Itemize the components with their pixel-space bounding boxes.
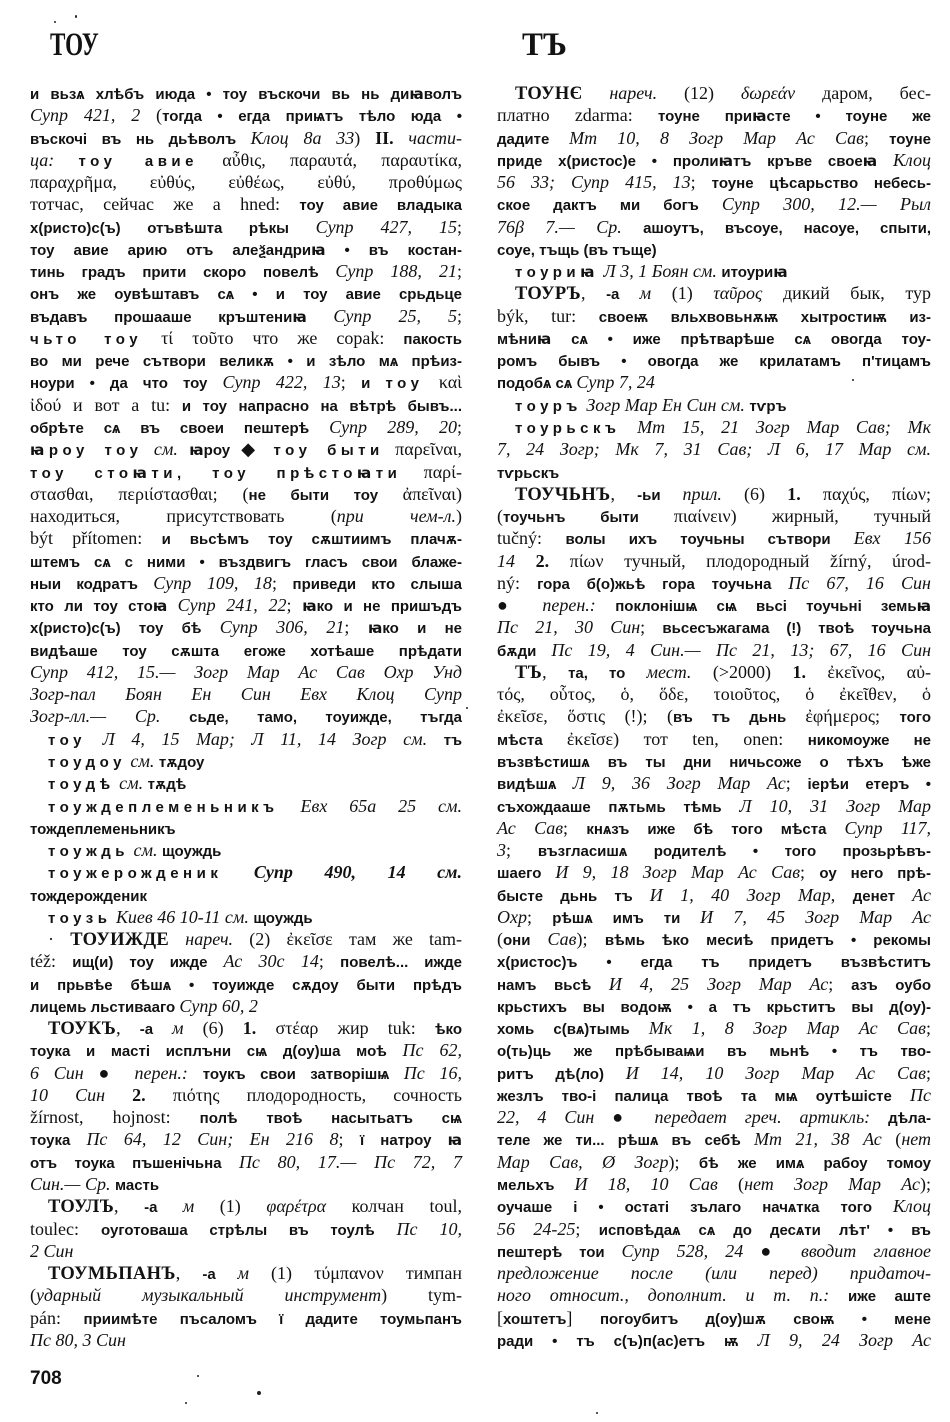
headword: ТОУЧЬНЪ	[515, 485, 610, 505]
dictionary-line: жезлъ тво-і палица твоѣ та мѩ оутѣшісте …	[497, 1084, 931, 1106]
slavonic-text: тъ	[444, 732, 462, 749]
slavonic-text: обрѣте сѧ въ своеи пештерѣ	[30, 420, 329, 437]
slavonic-text: масть	[115, 1177, 159, 1194]
dictionary-line: отъ тоука пъшенічьна Пс 80, 17.— Пс 72, …	[30, 1151, 462, 1173]
gloss-text: ;	[457, 417, 462, 437]
dictionary-line: мѣниꙗ сѧ • иже прѣтварѣше сѧ овогда тоу-	[497, 327, 931, 349]
spaced-slavonic-form: тоузь	[48, 910, 111, 927]
slavonic-text: подобѧ сѧ	[497, 375, 576, 392]
slavonic-text: ꙗко и не пришъдъ	[302, 598, 462, 615]
greek-equivalent: παρί-	[401, 462, 462, 482]
spaced-slavonic-form: тоуждеплеменьникъ	[48, 799, 279, 816]
greek-equivalent: ἐφήμερος	[805, 706, 875, 726]
slavonic-text: съхождааше пѫтьмь тѣмь	[497, 799, 739, 816]
gloss-text: ;	[575, 1219, 598, 1239]
dictionary-line: въскочі въ нь дьѣволъ Клоц 8а 33) II. ча…	[30, 127, 462, 149]
dictionary-line: ТОУЛЪ, -а м (1) φαρέτρα колчан toul,	[30, 1195, 462, 1217]
spaced-slavonic-form: тоурьскъ	[515, 420, 620, 437]
gloss-text: плодородность, сочность	[247, 1085, 462, 1105]
gloss-text: ;	[875, 706, 899, 726]
slavonic-text: волы ихъ тоучьны сътвори	[565, 531, 853, 548]
gloss-text: ●	[760, 1241, 801, 1261]
dictionary-line: τός, οὗτος, ὁ, ὅδε, τοιοῦτος, ὁ ἐκεῖθεν,…	[497, 683, 931, 705]
source-reference: Супр 7, 24	[576, 372, 655, 392]
slavonic-text: и вьзѧ хлѣбъ июда • тоу въскочи вь нь ди…	[30, 86, 462, 103]
gloss-text: ;	[272, 573, 293, 593]
slavonic-text: ныи кодратъ	[30, 576, 153, 593]
source-reference: части-	[408, 128, 462, 148]
source-reference: Пс 80, 3 Син	[30, 1330, 126, 1350]
dictionary-line: toulec: оуготоваша стрѣлы въ тоулѣ Пс 10…	[30, 1218, 462, 1240]
slavonic-text: пакость	[403, 331, 462, 348]
dictionary-line: тоудѣ см. тѫдѣ	[30, 772, 462, 794]
source-reference: Пс 67, 16 Син	[788, 573, 931, 593]
source-reference: Евх 156	[854, 528, 931, 548]
gloss-text	[394, 128, 409, 148]
source-reference: м	[237, 1263, 249, 1283]
slavonic-text: хомь с(вѧ)тымь	[497, 1021, 649, 1038]
slavonic-text: хоштетъ	[503, 1311, 566, 1328]
source-reference: Ас	[912, 885, 931, 905]
sense-number: 1.	[792, 662, 806, 682]
source-reference: 2 Син	[30, 1241, 73, 1261]
dictionary-line: ритъ дѣ(ло) И 14, 10 Зогр Мар Ас Сав;	[497, 1062, 931, 1084]
dictionary-line: παραχρῆμα, εὐθύς, εὐθέως, εὐθύ, προθύμως	[30, 171, 462, 193]
source-reference: Клоц	[893, 1196, 931, 1216]
slavonic-text: лицемь льстивааго	[30, 999, 179, 1016]
slavonic-text: шаего	[497, 865, 555, 882]
spaced-slavonic-form: тоу	[385, 375, 423, 392]
source-reference: Л 3, 1 Боян см.	[599, 261, 721, 281]
source-reference: Супр 25, 5	[333, 306, 457, 326]
gloss-text: (1)	[651, 283, 713, 303]
source-reference: Супр 427, 15	[316, 217, 457, 237]
dictionary-line: · ТОУИЖДЕ нареч. (2) ἐκεῖσε там же tam-	[30, 928, 462, 950]
dictionary-line: 56 33; Супр 415, 13; тоуне цѣсарьство не…	[497, 171, 931, 193]
dictionary-line: тѵрьскъ	[497, 461, 931, 483]
scan-speck	[75, 15, 77, 18]
dictionary-line: обрѣте сѧ въ своеи пештерѣ Супр 289, 20;	[30, 416, 462, 438]
gloss-text: дикий бык, тур	[762, 283, 931, 303]
source-reference: Л 9, 36 Зогр Мар Ас	[573, 773, 786, 793]
dictionary-line: 6 Син ● перен.: тоукъ свои затворішѩ Пс …	[30, 1062, 462, 1084]
dictionary-line: хомь с(вѧ)тымь Мк 1, 8 Зогр Мар Ас Сав;	[497, 1017, 931, 1039]
slavonic-text: -а	[606, 286, 640, 303]
source-reference: 3	[497, 840, 506, 860]
gloss-text: ;	[319, 951, 340, 971]
greek-equivalent: πίων	[549, 551, 624, 571]
slavonic-text: тѫдоу	[159, 754, 204, 771]
headword: ТОУНЄ	[515, 84, 582, 104]
slavonic-text: во ми рече сътвори великѫ • и зѣло мѧ пр…	[30, 353, 462, 370]
slavonic-text: и вьсѣмъ тоу сѫштиимъ плачѫ-	[162, 531, 462, 548]
source-reference: 22, 4 Син	[497, 1107, 612, 1127]
slavonic-text: тождеплеменьникъ	[30, 821, 176, 838]
source-reference: Супр 306, 21	[220, 617, 345, 637]
scan-speck	[596, 1412, 598, 1414]
source-reference: И 1, 40 Зогр Мар	[650, 885, 831, 905]
source-reference: м	[640, 283, 652, 303]
slavonic-text: тоучьнъ быти	[503, 509, 674, 526]
gloss-text: pán:	[30, 1308, 84, 1328]
slavonic-text: тоуне	[889, 131, 931, 148]
slavonic-text: жезлъ тво-і палица твоѣ та мѩ оутѣшісте	[497, 1088, 910, 1105]
dictionary-line: Мар Сав, Ø Зогр); бѣ же имѧ рабоу томоу	[497, 1151, 931, 1173]
slavonic-text: штемъ сѧ с ними • въздвигъ гласъ свои бл…	[30, 554, 462, 571]
source-reference: Мк 1, 8 Зогр Мар Ас Сав	[649, 1018, 926, 1038]
spaced-slavonic-form: тоужерожденик	[48, 865, 222, 882]
slavonic-text: бѣ же имѧ рабоу томоу	[699, 1155, 931, 1172]
source-reference: Л 9, 24 Зогр Ас	[758, 1330, 931, 1350]
slavonic-text: оу него прѣ-	[819, 865, 931, 882]
scan-speck	[197, 1375, 199, 1377]
slavonic-text: о(ть)ць же прѣбываѩи въ мьнѣ • тъ тво-	[497, 1043, 931, 1060]
greek-equivalent: ἰδού	[30, 395, 73, 415]
slavonic-text: видѣшѧ	[497, 776, 573, 793]
slavonic-text: видѣаше тоу сѫшта егоже хотѣаше прѣдати	[30, 643, 462, 660]
slavonic-text: тоука	[30, 1132, 86, 1149]
source-reference: Зогр-пал Боян Ен Син Евх Клоц Супр	[30, 684, 462, 704]
source-reference: Мт 21, 38 Ас	[754, 1129, 882, 1149]
slavonic-text: ї натроу ꙗ	[360, 1132, 462, 1149]
slavonic-text: иже аште	[848, 1288, 931, 1305]
dictionary-line: штемъ сѧ с ними • въздвигъ гласъ свои бл…	[30, 550, 462, 572]
slavonic-text: въ тъ дьнь	[673, 709, 805, 726]
gloss-text: ;	[640, 617, 662, 637]
greek-equivalent: παρεῖναι,	[384, 439, 462, 459]
source-reference: при чем-л.	[337, 506, 456, 526]
dictionary-line: ТОУРЪ, -а м (1) ταῦρος дикий бык, тур	[497, 282, 931, 304]
source-reference: м	[183, 1196, 195, 1216]
source-reference: Пс	[910, 1085, 931, 1105]
slavonic-text: тоуне цѣсарьство небесь-	[712, 175, 931, 192]
running-head-left: ТОУ	[50, 29, 99, 62]
dictionary-line: στασθαι, περιίστασθαι; (не быти тоу ἀπεῖ…	[30, 483, 462, 505]
greek-equivalent: στέαρ	[256, 1018, 337, 1038]
slavonic-text: дадите	[497, 131, 569, 148]
source-reference: ударный музыкальный инструмент	[36, 1285, 381, 1305]
source-reference: см.	[126, 751, 159, 771]
slavonic-text: ѣко	[435, 1021, 462, 1038]
dictionary-line: приде х(ристос)е • пролиꙗтъ кръве своеꙗ …	[497, 149, 931, 171]
gloss-text: колчан toul,	[326, 1196, 462, 1216]
gloss-text: ●	[497, 595, 542, 615]
dictionary-line: тоужерожденик Супр 490, 14 см.	[30, 861, 462, 883]
gloss-text: там же tam-	[333, 929, 462, 949]
dictionary-line: ного относит., дополнит. и т. п.: иже аш…	[497, 1284, 931, 1306]
gloss-text: (>2000)	[691, 662, 792, 682]
dictionary-line: ἰδού и вот a tu: и тоу напрасно на вѣтрѣ…	[30, 394, 462, 416]
dictionary-line: Пс 21, 30 Син; вьсесъжагама (!) твоѣ тоу…	[497, 616, 931, 638]
gloss-text: (1)	[194, 1196, 266, 1216]
source-reference: Охр	[497, 907, 527, 927]
source-reference: Пс 19, 4 Син.— Пс 21, 13; 67, 16 Син	[551, 640, 931, 660]
slavonic-text: бѫди	[497, 643, 551, 660]
gloss-text: ;	[926, 1063, 931, 1083]
dictionary-line: 56 24-25; исповѣдаѧ сѧ до десѧти лѣт' • …	[497, 1218, 931, 1240]
gloss-text: ;	[527, 907, 552, 927]
gloss-text: что же copak:	[253, 328, 404, 348]
slavonic-text: они	[503, 932, 548, 949]
slavonic-text: ское дактъ ми богъ	[497, 197, 722, 214]
source-reference: И 18, 10 Сав	[574, 1174, 717, 1194]
source-reference: предложение после (или перед) придаточ-	[497, 1263, 931, 1283]
slavonic-text: та, то	[568, 665, 646, 682]
dictionary-line: намъ вьсѣ И 4, 25 Зогр Мар Ас; азъ оубо	[497, 973, 931, 995]
greek-equivalent: τός, οὗτος, ὁ, ὅδε, τοιοῦτος, ὁ ἐκεῖθεν,…	[497, 684, 931, 704]
greek-equivalent: αὖθις, παραυτά, παραυτίκα,	[198, 150, 462, 170]
gloss-text: ,	[610, 484, 637, 504]
slavonic-text: пештерѣ тои	[497, 1244, 621, 1261]
source-reference: Супр 490, 14 см.	[222, 862, 462, 882]
gloss-text: ,	[581, 283, 606, 303]
dictionary-line: и вьзѧ хлѣбъ июда • тоу въскочи вь нь ди…	[30, 82, 462, 104]
slavonic-text: полѣ твоѣ насытьатъ сѩ	[200, 1110, 462, 1127]
gloss-text: тотчас, сейчас же a hned:	[30, 194, 299, 214]
slavonic-text: не быти тоу	[249, 487, 403, 504]
source-reference: Супр 422, 13	[222, 372, 340, 392]
dictionary-line: лицемь льстивааго Супр 60, 2	[30, 995, 462, 1017]
dictionary-line: пештерѣ тои Супр 528, 24 ● вводит главно…	[497, 1240, 931, 1262]
source-reference: Л 4, 15 Мар; Л 11, 14 Зогр см.	[86, 729, 444, 749]
sense-number: 2.	[536, 551, 550, 571]
source-reference: нет Зогр Мар Ас	[744, 1174, 920, 1194]
dictionary-line: тоука и масті исплъни сѩ д(оу)ша моѣ Пс …	[30, 1039, 462, 1061]
slavonic-text: приде х(ристос)е • пролиꙗтъ кръве своеꙗ	[497, 153, 893, 170]
source-reference: Супр 117,	[844, 818, 931, 838]
source-reference: Сав	[548, 929, 577, 949]
slavonic-text: поклонішѩ сѩ вьсі тоучьні земьꙗ	[615, 598, 931, 615]
slavonic-text: отъ тоука пъшенічьна	[30, 1155, 239, 1172]
dictionary-line: х(ристо)с(ъ) отъвѣшта рѣкы Супр 427, 15;	[30, 216, 462, 238]
slavonic-text: итоуриꙗ	[721, 264, 787, 281]
sense-number: 2.	[132, 1085, 146, 1105]
gloss-text: ,	[114, 1196, 144, 1216]
source-reference: Пс 62,	[402, 1040, 462, 1060]
slavonic-text: онъ же оувѣштавъ сѧ • и тоу авие срьдьце	[30, 286, 462, 303]
dictionary-line: 10 Син 2. πιότης плодородность, сочность	[30, 1084, 462, 1106]
dictionary-line: о(ть)ць же прѣбываѩи въ мьнѣ • тъ тво-	[497, 1039, 931, 1061]
slavonic-text: ноури • да что тоу	[30, 375, 222, 392]
dictionary-line: ● перен.: поклонішѩ сѩ вьсі тоучьні земь…	[497, 594, 931, 616]
headword: ТОУРЪ	[515, 284, 581, 304]
slavonic-text: въскочі въ нь дьѣволъ	[30, 131, 251, 148]
source-reference: 10 Син	[30, 1085, 132, 1105]
gloss-text: )	[456, 506, 462, 526]
slavonic-text: повелѣ... ижде	[340, 954, 462, 971]
slavonic-text: тоука и масті исплъни сѩ д(оу)ша моѣ	[30, 1043, 402, 1060]
headword: ТЪ	[515, 663, 542, 683]
greek-equivalent: καὶ	[423, 372, 462, 392]
dictionary-line: тоу Л 4, 15 Мар; Л 11, 14 Зогр см. тъ	[30, 728, 462, 750]
source-reference: Супр 289, 20	[329, 417, 457, 437]
slavonic-text: кто ли тоу стоꙗ	[30, 598, 178, 615]
gloss-text: платно zdarma:	[497, 105, 658, 125]
slavonic-text: бысте дьнь тъ	[497, 888, 650, 905]
slavonic-text: ради • тъ с(ъ)п(ас)етъ ѭ	[497, 1333, 758, 1350]
greek-equivalent: φαρέτρα	[266, 1196, 326, 1216]
spaced-slavonic-form: тоудѣ	[48, 776, 115, 793]
slavonic-text: тоу авие владыка	[299, 197, 462, 214]
gloss-text: ,	[542, 662, 568, 682]
dictionary-line: шаего И 9, 18 Зогр Мар Ас Сав; оу него п…	[497, 861, 931, 883]
source-reference: И 7, 45 Зогр Мар Ас	[700, 907, 931, 927]
slavonic-text: гора б(о)жьѣ гора тоучьна	[537, 576, 788, 593]
scan-speck	[852, 379, 854, 381]
dictionary-line: кто ли тоу стоꙗ Супр 241, 22; ꙗко и не п…	[30, 594, 462, 616]
source-reference: Супр 421, 2	[30, 105, 140, 125]
gloss-text: ●	[99, 1063, 135, 1083]
gloss-text: býk, tur:	[497, 306, 599, 326]
gloss-text: жир tuk:	[338, 1018, 435, 1038]
greek-equivalent: παραχρῆμα, εὐθύς, εὐθέως, εὐθύ, προθύμως	[30, 172, 462, 192]
gloss-text: (	[718, 1174, 744, 1194]
spaced-slavonic-form: тоуриꙗ	[515, 264, 599, 281]
gloss-text: též:	[30, 951, 72, 971]
dictionary-line: být přítomen: и вьсѣмъ тоу сѫштиимъ плач…	[30, 527, 462, 549]
slavonic-text: тинь градъ прити скоро повелѣ	[30, 264, 335, 281]
dictionary-line: 22, 4 Син ● передает греч. артикль: дѣла…	[497, 1106, 931, 1128]
slavonic-text: азъ оубо	[851, 977, 931, 994]
dictionary-line: ꙗроу тоу см. ꙗроу ◆ тоу быти παρεῖναι,	[30, 438, 462, 460]
slavonic-text: -а	[140, 1021, 172, 1038]
gloss-text: (2)	[233, 929, 286, 949]
slavonic-text: своеѭ вльхвовьнѫѭ хытростиѭ из-	[599, 309, 931, 326]
gloss-text: )	[456, 484, 462, 504]
gloss-text: тимпан	[384, 1263, 462, 1283]
dictionary-line: ца: тоу авие αὖθις, παραυτά, παραυτίκα,	[30, 149, 462, 171]
gloss-text: ;	[926, 1018, 931, 1038]
slavonic-text: соуе, тъщь (въ тъще)	[497, 242, 657, 259]
dictionary-line: бѫди Пс 19, 4 Син.— Пс 21, 13; 67, 16 Си…	[497, 639, 931, 661]
scan-speck	[54, 21, 56, 23]
source-reference: Клоц 8а 33	[251, 128, 355, 148]
dictionary-line: теле же ти... рѣшѧ въ себѣ Мт 21, 38 Ас …	[497, 1128, 931, 1150]
spaced-slavonic-form: ꙗроу тоу	[30, 442, 142, 459]
slavonic-text: рѣшѧ имъ ти	[552, 910, 700, 927]
source-reference: 56 33; Супр 415, 13	[497, 172, 691, 192]
slavonic-text: тождерожденик	[30, 888, 147, 905]
sense-number: 1.	[787, 484, 801, 504]
dictionary-line: též: ищ(и) тоу ижде Ас 30с 14; повелѣ...…	[30, 950, 462, 972]
headword: ТОУКЪ	[48, 1019, 116, 1039]
sense-number: II.	[375, 128, 394, 148]
page-number: 708	[30, 1368, 62, 1390]
source-reference: Син.— Ср.	[30, 1174, 115, 1194]
gloss-text: ;	[786, 773, 808, 793]
gloss-text: ;	[457, 261, 462, 281]
gloss-text: );	[576, 929, 604, 949]
source-reference: И 4, 25 Зогр Мар Ас	[609, 974, 828, 994]
dictionary-line: платно zdarma: тоуне приꙗсте • тоуне же	[497, 104, 931, 126]
slavonic-text: ашоутъ, въсоуе, насоуе, спыти,	[643, 220, 931, 237]
spaced-slavonic-form: тоуждь	[48, 843, 129, 860]
slavonic-text: іерѣи етеръ •	[808, 776, 932, 793]
source-reference: Киев 46 10-11 см.	[111, 907, 253, 927]
slavonic-text: теле же ти... рѣшѧ въ себѣ	[497, 1132, 754, 1149]
slavonic-text: дѣла-	[888, 1110, 931, 1127]
source-reference: Пс 16,	[404, 1063, 462, 1083]
gloss-text: (	[882, 1129, 902, 1149]
source-reference: И 9, 18 Зогр Мар Ас Сав	[555, 862, 800, 882]
dictionary-line: Ас Сав; кнѧзъ иже бѣ того мѣста Супр 117…	[497, 817, 931, 839]
greek-equivalent: πιαίνειν	[674, 506, 731, 526]
dictionary-line: соуе, тъщь (въ тъще)	[497, 238, 931, 260]
dictionary-line: pán: приимѣте пъсаломъ ї дадите тоумьпан…	[30, 1307, 462, 1329]
spaced-slavonic-form: тоу стоꙗти, тоу прѣстоꙗти	[30, 465, 401, 482]
gloss-text: toulec:	[30, 1219, 101, 1239]
slavonic-text: и тоу напрасно на вѣтрѣ бывъ...	[182, 398, 462, 415]
source-reference: перен.:	[135, 1063, 203, 1083]
dictionary-line: (тоучьнъ быти πιαίνειν) жирный, тучный	[497, 505, 931, 527]
source-reference: прил.	[682, 484, 721, 504]
dictionary-line: възвѣстишѧ въ ты дни ничьсоже о тѣхъ ѣже	[497, 750, 931, 772]
gloss-text: žírnost, hojnost:	[30, 1107, 200, 1127]
source-reference: 56 24-25	[497, 1219, 575, 1239]
source-reference: вводит главное	[801, 1241, 931, 1261]
slavonic-text: въдавъ прошааше кръштениꙗ	[30, 309, 333, 326]
greek-equivalent: τί τοῦτο	[142, 328, 252, 348]
dictionary-line: Син.— Ср. масть	[30, 1173, 462, 1195]
source-reference: нет	[901, 1129, 931, 1149]
gloss-text: (	[140, 105, 162, 125]
greek-equivalent: πιότης	[146, 1085, 247, 1105]
source-reference: перен.:	[542, 595, 615, 615]
greek-equivalent: ἐκεῖσε	[567, 729, 613, 749]
dictionary-line: Зогр-лл.— Ср. сьде, тамо, тоуижде, тъгда	[30, 705, 462, 727]
source-reference: Пс 64, 12 Син; Ен 216 8	[86, 1129, 338, 1149]
gloss-text: ;	[344, 617, 368, 637]
dictionary-line: оучаше і • остаті зълаго начѧтка того Кл…	[497, 1195, 931, 1217]
slavonic-text: вѣмь ѣко месиѣ придетъ • рекомы	[605, 932, 931, 949]
dictionary-line: тоудоу см. тѫдоу	[30, 750, 462, 772]
dictionary-line: ТОУКЪ, -а м (6) 1. στέαρ жир tuk: ѣко	[30, 1017, 462, 1039]
slavonic-text: тѵръ	[749, 398, 786, 415]
dictionary-line: ТОУНЄ нареч. (12) δωρεάν даром, бес-	[497, 82, 931, 104]
slavonic-text: щоуждь	[162, 843, 221, 860]
source-reference: Пс 10,	[396, 1219, 462, 1239]
dictionary-line: видѣшѧ Л 9, 36 Зогр Мар Ас; іерѣи етеръ …	[497, 772, 931, 794]
source-reference: Пс 21, 30 Син	[497, 617, 640, 637]
slavonic-text: мѣниꙗ сѧ • иже прѣтварѣше сѧ овогда тоу-	[497, 331, 931, 348]
dictionary-line: крьстихъ вы водоѭ • а тъ крьститъ вы д(о…	[497, 995, 931, 1017]
scan-speck	[257, 1391, 261, 1395]
dictionary-line: тоурьскъ Мт 15, 21 Зогр Мар Сав; Мк	[497, 416, 931, 438]
dictionary-line: въдавъ прошааше кръштениꙗ Супр 25, 5;	[30, 305, 462, 327]
dictionary-line: Супр 412, 15.— Зогр Мар Ас Сав Охр Унд	[30, 661, 462, 683]
dictionary-line: 14 2. πίων тучный, плодородный žírný, úr…	[497, 550, 931, 572]
dictionary-line: ромъ бывъ • овогда же крилатамъ п'тицамъ	[497, 349, 931, 371]
source-reference: Евх 65а 25 см.	[279, 796, 462, 816]
sense-number: 1.	[243, 1018, 257, 1038]
source-reference: И 14, 10 Зогр Мар Ас Сав	[626, 1063, 926, 1083]
source-reference: нареч.	[169, 929, 233, 949]
scan-speck	[466, 707, 468, 709]
gloss-text: );	[668, 1152, 698, 1172]
gloss-text: (6)	[722, 484, 787, 504]
source-reference: Клоц	[893, 150, 931, 170]
greek-equivalent: ἐκεῖσε, ὅστις	[497, 706, 625, 726]
dictionary-line: х(ристос)ъ • егда тъ придетъ възвѣститъ	[497, 950, 931, 972]
slavonic-text: възгласишѧ родителѣ • того прозьрѣвъ-	[538, 843, 931, 860]
right-column: ТОУНЄ нареч. (12) δωρεάν даром, бес-плат…	[497, 82, 931, 1351]
source-reference: Мар Сав, Ø Зогр	[497, 1152, 668, 1172]
gloss-text: být přítomen:	[30, 528, 162, 548]
slavonic-text: х(ристо)с(ъ) тоу бѣ	[30, 620, 220, 637]
dictionary-line: тоуръ Зогр Мар Ен Син см. тѵръ	[497, 394, 931, 416]
gloss-text: ;	[506, 840, 538, 860]
gloss-text: (12)	[657, 83, 741, 103]
